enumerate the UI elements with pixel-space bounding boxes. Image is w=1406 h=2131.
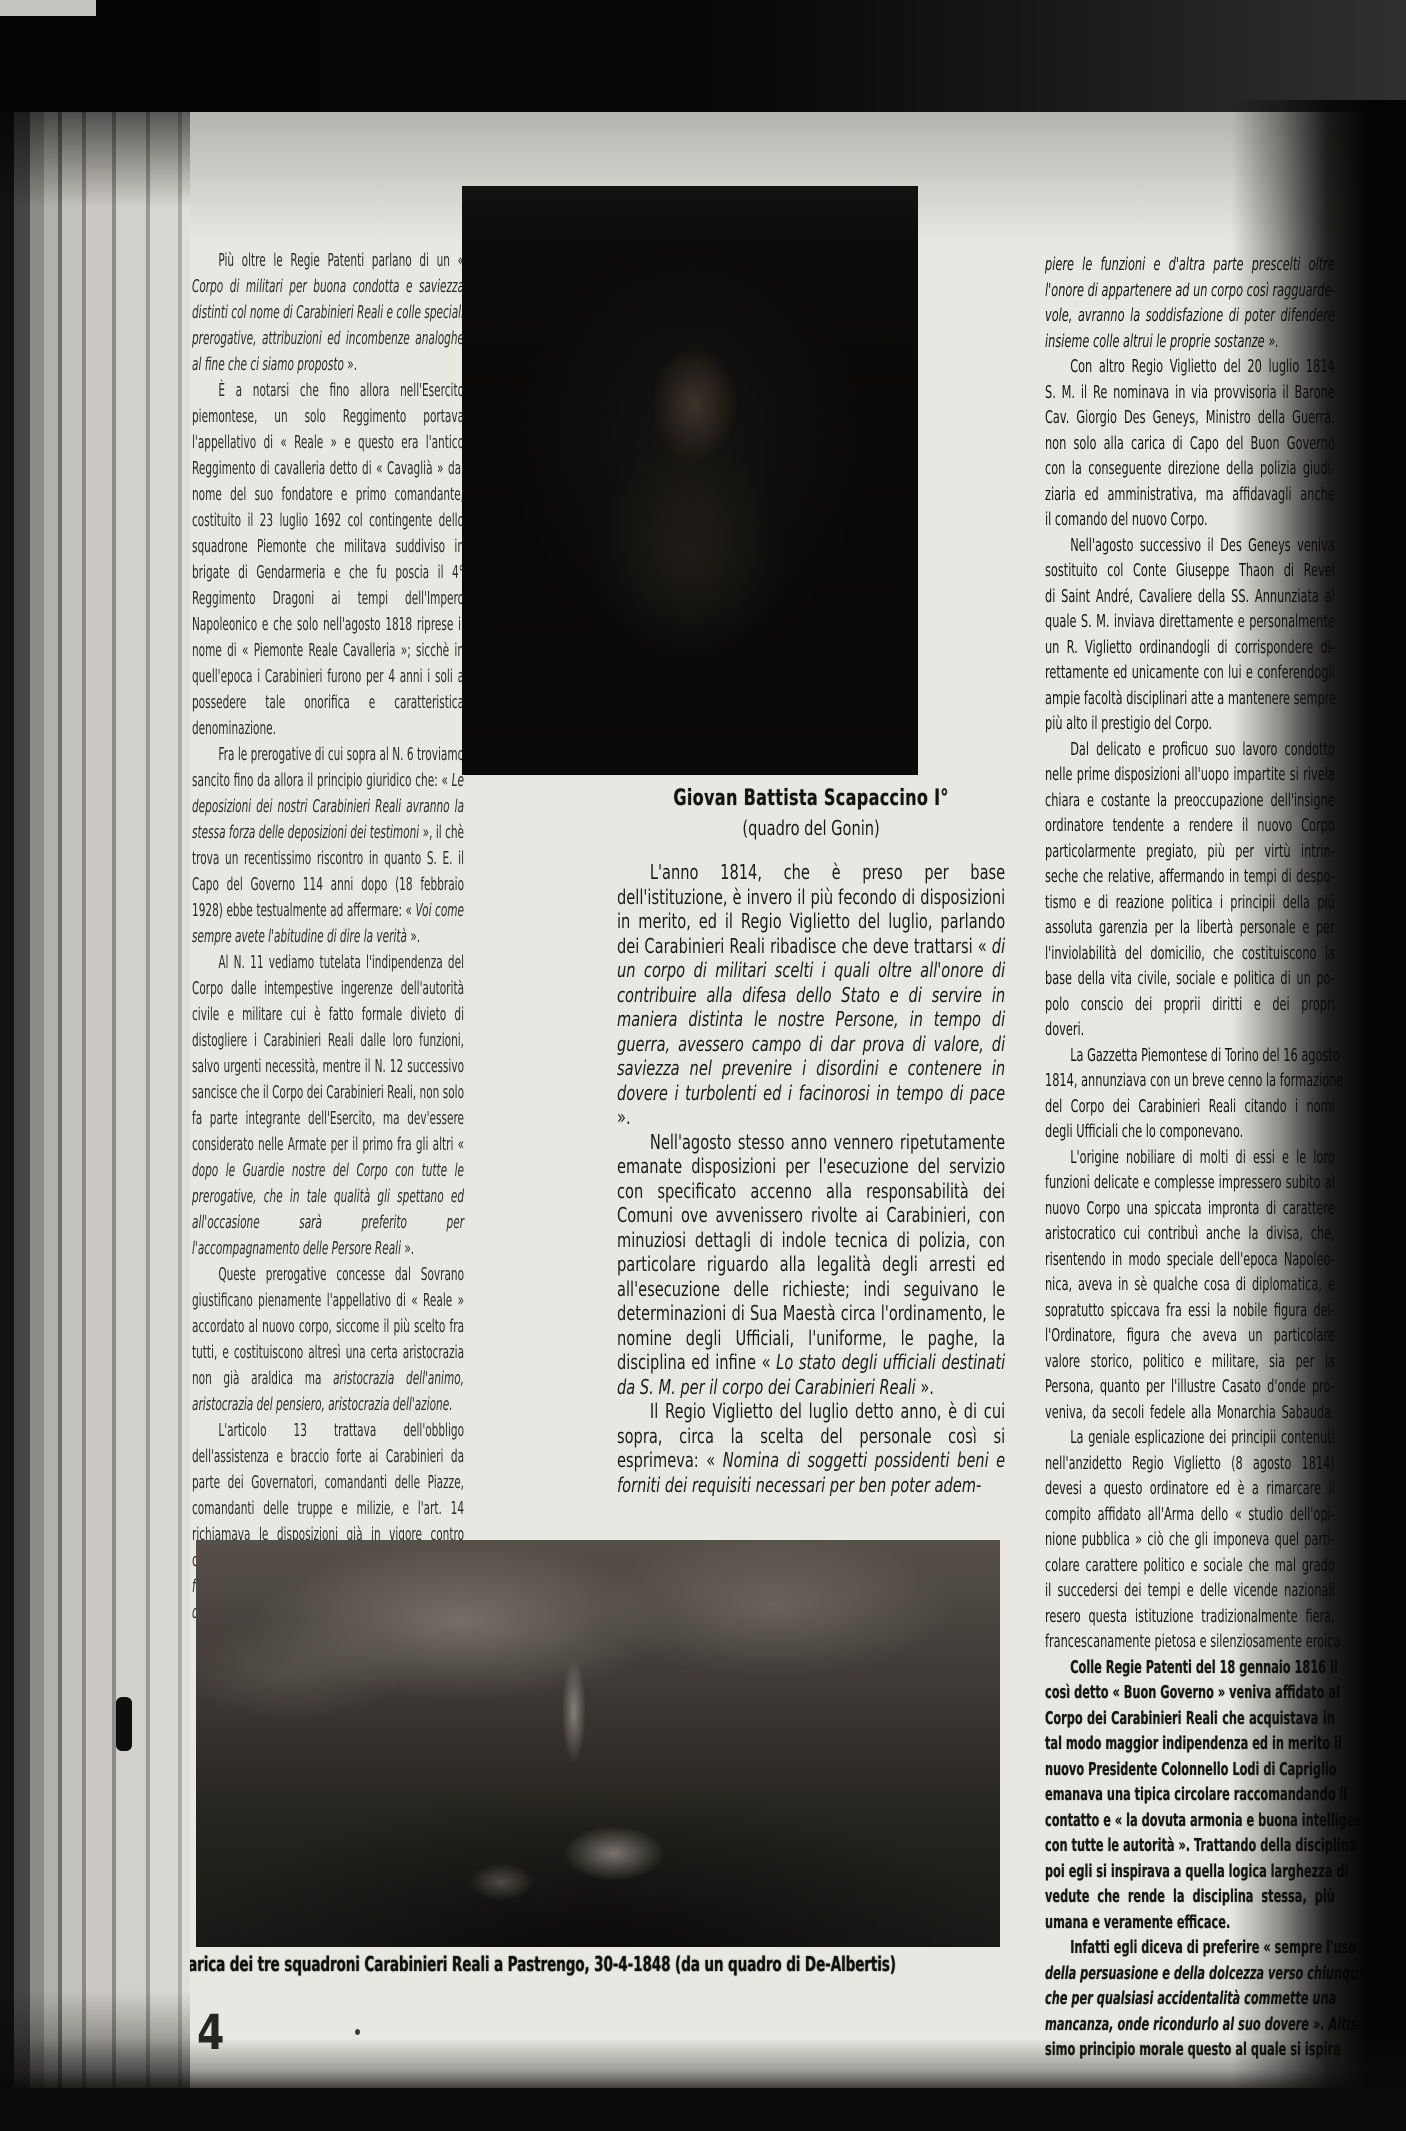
scan-top-corner xyxy=(0,0,96,16)
scan-bottom-band xyxy=(0,2088,1406,2131)
painting-caption: La carica dei tre squadroni Carabinieri … xyxy=(158,1952,1015,1976)
paragraph: Al N. 11 vediamo tutelata l'indipendenza… xyxy=(192,950,464,1262)
portrait-image-scapaccino xyxy=(462,186,918,775)
page-bottom-shadow xyxy=(0,2038,1406,2088)
book-edge-top-shadow xyxy=(0,112,190,208)
page-top-shadow xyxy=(185,112,1406,242)
portrait-caption: Giovan Battista Scapaccino I° (quadro de… xyxy=(617,786,1005,840)
book-edge-left xyxy=(0,112,190,2131)
left-column: Più oltre le Regie Patenti parlano di un… xyxy=(192,248,464,1626)
binding-mark xyxy=(116,1697,132,1751)
middle-column: L'anno 1814, che è preso per base dell'i… xyxy=(617,860,1005,1497)
portrait-caption-subtitle: (quadro del Gonin) xyxy=(617,816,1005,840)
paragraph: Queste prerogative concesse dal Sovrano … xyxy=(192,1262,464,1418)
paragraph: Più oltre le Regie Patenti parlano di un… xyxy=(192,248,464,378)
paragraph: Fra le prerogative di cui sopra al N. 6 … xyxy=(192,742,464,950)
paragraph: Nell'agosto stesso anno vennero ripetuta… xyxy=(617,1130,1005,1400)
paragraph: L'anno 1814, che è preso per base dell'i… xyxy=(617,860,1005,1130)
paragraph: È a notarsi che fino allora nell'Esercit… xyxy=(192,378,464,742)
magazine-page-scan: Più oltre le Regie Patenti parlano di un… xyxy=(0,0,1406,2131)
portrait-caption-title: Giovan Battista Scapaccino I° xyxy=(617,786,1005,811)
scan-top-band xyxy=(0,0,1406,112)
ink-speck xyxy=(355,2029,360,2035)
paragraph: Il Regio Viglietto del luglio detto anno… xyxy=(617,1399,1005,1497)
binding-shadow-right xyxy=(1231,100,1406,2131)
battle-painting-pastrengo xyxy=(196,1540,1000,1947)
